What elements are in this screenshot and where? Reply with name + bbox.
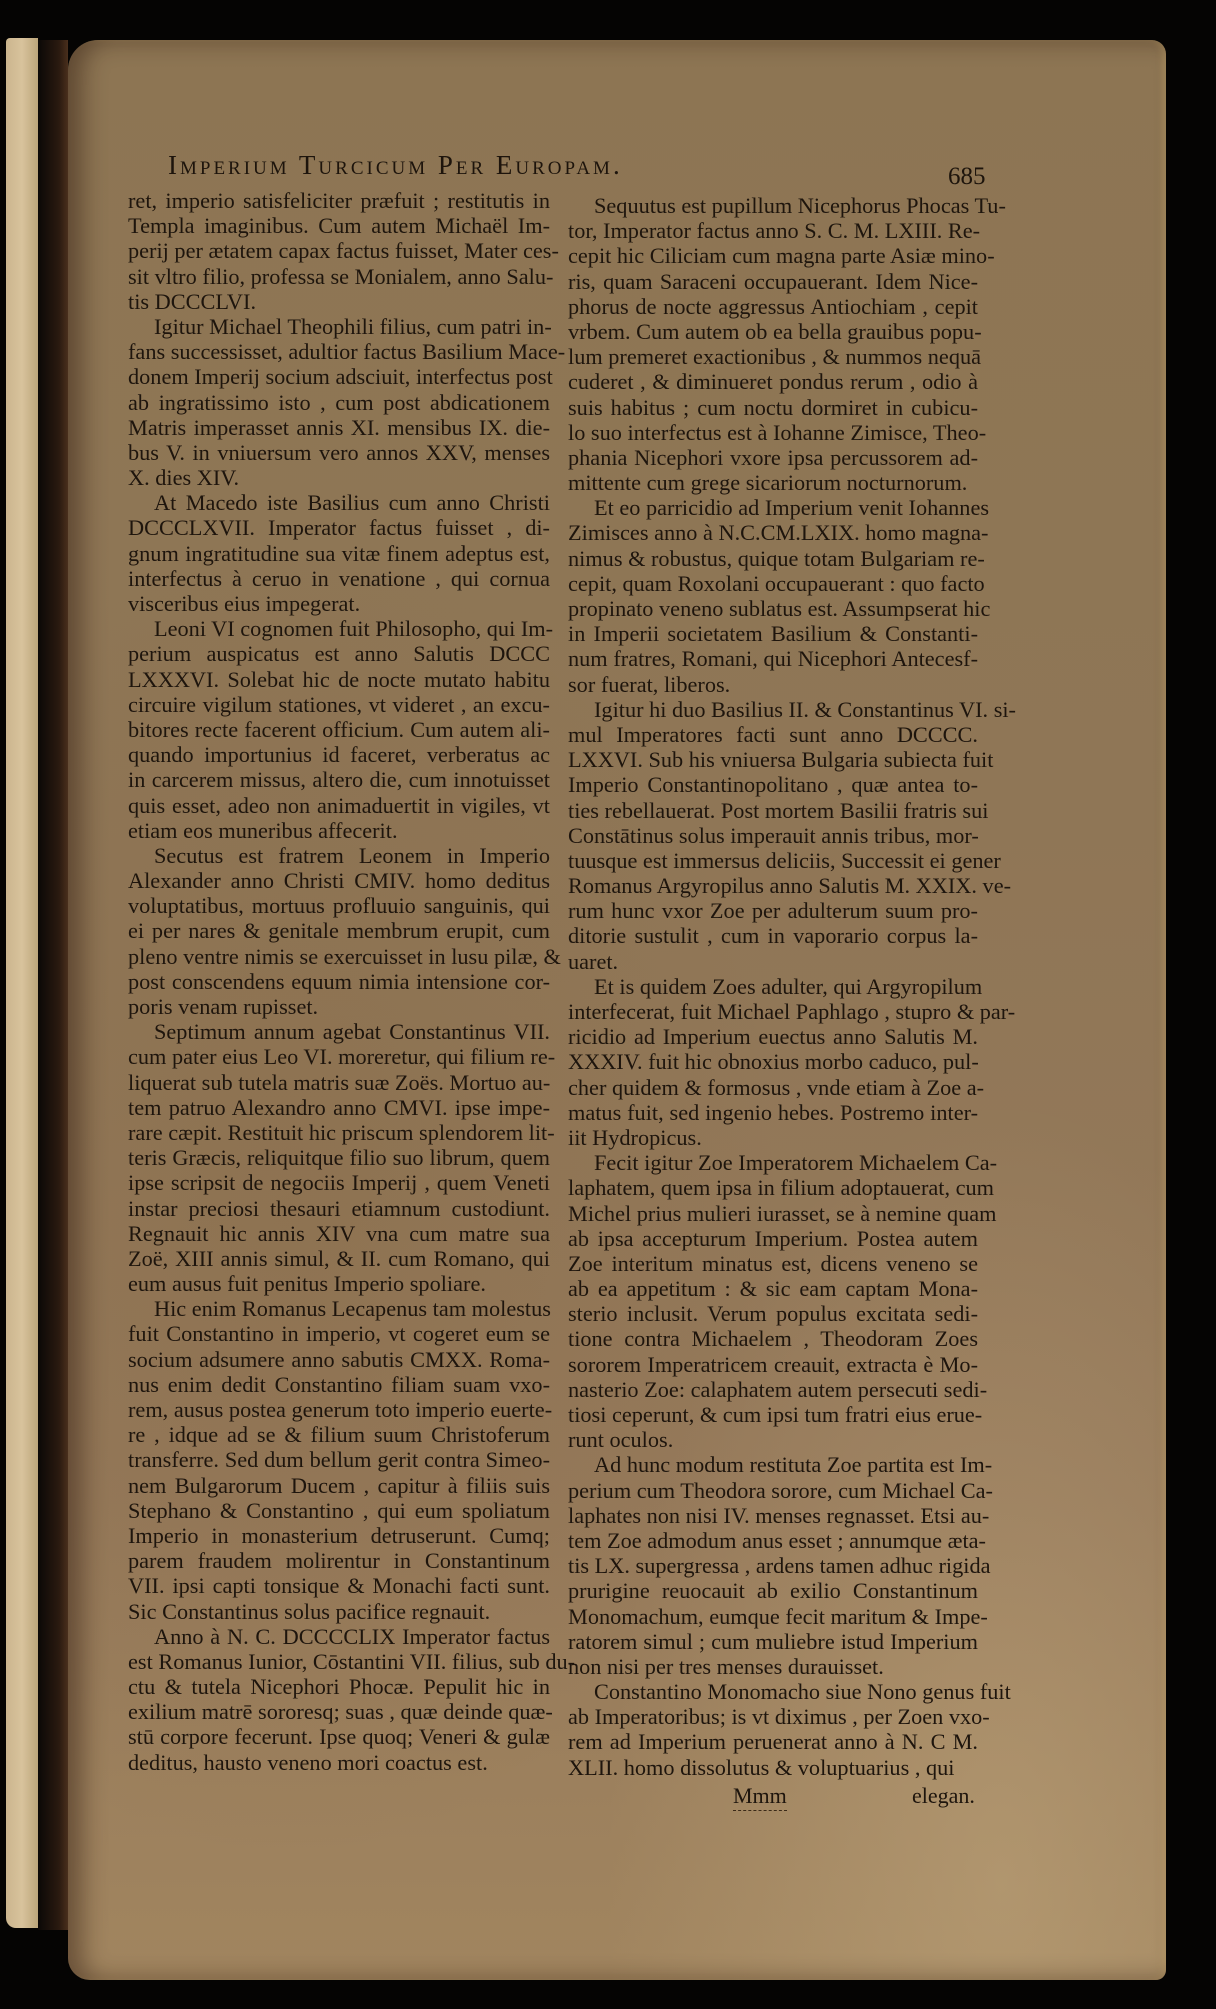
text-line: instar preciosi thesauri etiamnum custod… <box>128 1196 550 1221</box>
text-line: nus enim dedit Constantino filiam suam v… <box>128 1372 550 1397</box>
text-line: Templa imaginibus. Cum autem Michaël Im- <box>128 213 550 238</box>
text-line: donem Imperij socium adsciuit, interfect… <box>128 364 550 389</box>
text-line: Et eo parricidio ad Imperium venit Iohan… <box>568 495 978 520</box>
text-line: bitores recte facerent officium. Cum aut… <box>128 717 550 742</box>
text-line: bus V. in vniuersum vero annos XXV, mens… <box>128 440 550 465</box>
text-line: mittente cum grege sicariorum nocturnoru… <box>568 470 978 495</box>
right-column: Sequutus est pupillum Nicephorus Phocas … <box>568 193 978 1780</box>
left-column: ret, imperio satisfeliciter præfuit ; re… <box>128 188 550 1775</box>
text-line: ab ingratissimo isto , cum post abdicati… <box>128 390 550 415</box>
paragraph: Igitur hi duo Basilius II. & Constantinu… <box>568 697 978 974</box>
paragraph: Hic enim Romanus Lecapenus tam molestusf… <box>128 1296 550 1623</box>
text-line: tis DCCCLVI. <box>128 289 550 314</box>
text-line: quando importunius id faceret, verberatu… <box>128 742 550 767</box>
paragraph: Igitur Michael Theophili filius, cum pat… <box>128 314 550 490</box>
paragraph: Leoni VI cognomen fuit Philosopho, qui I… <box>128 616 550 843</box>
text-line: Regnauit hic annis XIV vna cum matre sua <box>128 1221 550 1246</box>
text-line: LXXXVI. Solebat hic de nocte mutato habi… <box>128 667 550 692</box>
text-line: cum pater eius Leo VI. moreretur, qui fi… <box>128 1044 550 1069</box>
text-line: stū corpore fecerunt. Ipse quoq; Veneri … <box>128 1724 550 1749</box>
text-line: ratorem simul ; cum muliebre istud Imper… <box>568 1629 978 1654</box>
text-line: rem, ausus postea generum toto imperio e… <box>128 1397 550 1422</box>
text-line: poris venam rupisset. <box>128 994 550 1019</box>
paragraph: ret, imperio satisfeliciter præfuit ; re… <box>128 188 550 314</box>
text-line: sor fuerat, liberos. <box>568 672 978 697</box>
page-content: Imperium Turcicum Per Europam. 685 ret, … <box>0 0 1216 2009</box>
text-line: Zimisces anno à N.C.CM.LXIX. homo magna- <box>568 520 978 545</box>
text-line: perium auspicatus est anno Salutis DCCC <box>128 641 550 666</box>
text-line: interfecerat, fuit Michael Paphlago , st… <box>568 999 978 1024</box>
text-line: rare cæpit. Restituit hic priscum splend… <box>128 1120 550 1145</box>
text-line: ab ipsa accepturum Imperium. Postea aute… <box>568 1226 978 1251</box>
text-line: ipse scripsit de negociis Imperij , quem… <box>128 1170 550 1195</box>
text-line: deditus, hausto veneno mori coactus est. <box>128 1750 550 1775</box>
paragraph: Fecit igitur Zoe Imperatorem Michaelem C… <box>568 1150 978 1452</box>
paragraph: Secutus est fratrem Leonem in ImperioAle… <box>128 843 550 1019</box>
text-line: etiam eos muneribus affecerit. <box>128 818 550 843</box>
text-line: Fecit igitur Zoe Imperatorem Michaelem C… <box>568 1150 978 1175</box>
text-line: parem fraudem molirentur in Constantinum <box>128 1548 550 1573</box>
text-line: sit vltro filio, professa se Monialem, a… <box>128 264 550 289</box>
text-line: Michel prius mulieri iurasset, se à nemi… <box>568 1201 978 1226</box>
text-line: in carcerem missus, altero die, cum inno… <box>128 767 550 792</box>
text-line: lo suo interfectus est à Iohanne Zimisce… <box>568 420 978 445</box>
text-line: phorus de nocte aggressus Antiochiam , c… <box>568 294 978 319</box>
running-head: Imperium Turcicum Per Europam. <box>168 150 868 181</box>
text-line: Constantino Monomacho siue Nono genus fu… <box>568 1679 978 1704</box>
text-line: Zoë, XIII annis simul, & II. cum Romano,… <box>128 1246 550 1271</box>
text-line: interfectus à ceruo in venatione , qui c… <box>128 566 550 591</box>
text-line: Stephano & Constantino , qui eum spoliat… <box>128 1498 550 1523</box>
text-line: Sic Constantinus solus pacifice regnauit… <box>128 1599 550 1624</box>
text-line: Matris imperasset annis XI. mensibus IX.… <box>128 415 550 440</box>
text-line: teris Græcis, reliquitque filio suo libr… <box>128 1145 550 1170</box>
text-line: cepit, quam Roxolani occupauerant : quo … <box>568 571 978 596</box>
paragraph: Anno à N. C. DCCCCLIX Imperator factuses… <box>128 1624 550 1775</box>
text-line: tem patruo Alexandro anno CMVI. ipse imp… <box>128 1095 550 1120</box>
text-line: cher quidem & formosus , vnde etiam à Zo… <box>568 1075 978 1100</box>
paragraph: Ad hunc modum restituta Zoe partita est … <box>568 1452 978 1679</box>
text-line: transferre. Sed dum bellum gerit contra … <box>128 1447 550 1472</box>
text-line: nem Bulgarorum Ducem , capitur à filiis … <box>128 1473 550 1498</box>
text-line: sterio inclusit. Verum populus excitata … <box>568 1301 978 1326</box>
text-line: exilium matrē sororesq; suas , quæ deind… <box>128 1699 550 1724</box>
text-line: tione contra Michaelem , Theodoram Zoes <box>568 1326 978 1351</box>
text-line: Et is quidem Zoes adulter, qui Argyropil… <box>568 974 978 999</box>
paragraph: Et is quidem Zoes adulter, qui Argyropil… <box>568 974 978 1150</box>
text-line: non nisi per tres menses durauisset. <box>568 1654 978 1679</box>
paragraph: At Macedo iste Basilius cum anno Christi… <box>128 490 550 616</box>
text-line: ris, quam Saraceni occupauerant. Idem Ni… <box>568 269 978 294</box>
paragraph: Sequutus est pupillum Nicephorus Phocas … <box>568 193 978 495</box>
text-line: Imperio in monasterium detruserunt. Cumq… <box>128 1523 550 1548</box>
text-line: Alexander anno Christi CMIV. homo deditu… <box>128 868 550 893</box>
text-line: Septimum annum agebat Constantinus VII. <box>128 1019 550 1044</box>
text-line: ditorie sustulit , cum in vaporario corp… <box>568 923 978 948</box>
text-line: Ad hunc modum restituta Zoe partita est … <box>568 1452 978 1477</box>
text-line: X. dies XIV. <box>128 465 550 490</box>
text-line: ei per nares & genitale membrum erupit, … <box>128 918 550 943</box>
text-line: rum hunc vxor Zoe per adulterum suum pro… <box>568 898 978 923</box>
text-line: est Romanus Iunior, Cōstantini VII. fili… <box>128 1649 550 1674</box>
text-line: Constātinus solus imperauit annis tribus… <box>568 823 978 848</box>
text-line: gnum ingratitudine sua vitæ finem adeptu… <box>128 541 550 566</box>
text-line: nimus & robustus, quique totam Bulgariam… <box>568 546 978 571</box>
paragraph: Septimum annum agebat Constantinus VII.c… <box>128 1019 550 1296</box>
text-line: iit Hydropicus. <box>568 1125 978 1150</box>
text-line: ab Imperatoribus; is vt diximus , per Zo… <box>568 1704 978 1729</box>
text-line: in Imperii societatem Basilium & Constan… <box>568 621 978 646</box>
text-line: circuire vigilum stationes, vt videret ,… <box>128 692 550 717</box>
text-line: Zoe interitum minatus est, dicens veneno… <box>568 1251 978 1276</box>
text-line: cuderet , & diminueret pondus rerum , od… <box>568 369 978 394</box>
text-line: mul Imperatores facti sunt anno DCCCC. <box>568 722 978 747</box>
text-line: matus fuit, sed ingenio hebes. Postremo … <box>568 1100 978 1125</box>
text-line: Secutus est fratrem Leonem in Imperio <box>128 843 550 868</box>
text-line: Hic enim Romanus Lecapenus tam molestus <box>128 1296 550 1321</box>
catchword: elegan. <box>912 1783 975 1809</box>
text-line: eum ausus fuit penitus Imperio spoliare. <box>128 1271 550 1296</box>
text-line: uaret. <box>568 949 978 974</box>
text-line: Romanus Argyropilus anno Salutis M. XXIX… <box>568 873 978 898</box>
text-line: pleno ventre nimis se exercuisset in lus… <box>128 944 550 969</box>
text-line: post conscendens equum nimia intensione … <box>128 969 550 994</box>
text-line: tor, Imperator factus anno S. C. M. LXII… <box>568 218 978 243</box>
text-line: XXXIV. fuit hic obnoxius morbo caduco, p… <box>568 1049 978 1074</box>
text-line: Imperio Constantinopolitano , quæ antea … <box>568 772 978 797</box>
text-line: XLII. homo dissolutus & voluptuarius , q… <box>568 1755 978 1780</box>
page-number: 685 <box>948 163 986 191</box>
text-line: suis habitus ; cum noctu dormiret in cub… <box>568 395 978 420</box>
text-line: perium cum Theodora sorore, cum Michael … <box>568 1478 978 1503</box>
text-line: ctu & tutela Nicephori Phocæ. Pepulit hi… <box>128 1674 550 1699</box>
text-line: re , idque ad se & filium suum Christofe… <box>128 1422 550 1447</box>
text-line: At Macedo iste Basilius cum anno Christi <box>128 490 550 515</box>
text-line: ricidio ad Imperium euectus anno Salutis… <box>568 1024 978 1049</box>
text-line: propinato veneno sublatus est. Assumpser… <box>568 596 978 621</box>
text-line: ret, imperio satisfeliciter præfuit ; re… <box>128 188 550 213</box>
text-line: tuusque est immersus deliciis, Successit… <box>568 848 978 873</box>
text-line: phania Nicephori vxore ipsa percussorem … <box>568 445 978 470</box>
text-line: Monomachum, eumque fecit maritum & Impe- <box>568 1604 978 1629</box>
text-line: LXXVI. Sub his vniuersa Bulgaria subiect… <box>568 747 978 772</box>
text-line: rem ad Imperium peruenerat anno à N. C M… <box>568 1729 978 1754</box>
paragraph: Et eo parricidio ad Imperium venit Iohan… <box>568 495 978 697</box>
text-line: cepit hic Ciliciam cum magna parte Asiæ … <box>568 243 978 268</box>
text-line: VII. ipsi capti tonsique & Monachi facti… <box>128 1573 550 1598</box>
text-line: socium adsumere anno sabutis CMXX. Roma- <box>128 1347 550 1372</box>
text-line: ties rebellauerat. Post mortem Basilii f… <box>568 798 978 823</box>
text-line: voluptatibus, mortuus profluuio sanguini… <box>128 893 550 918</box>
text-line: ab ea appetitum : & sic eam captam Mona- <box>568 1276 978 1301</box>
text-line: tis LX. supergressa , ardens tamen adhuc… <box>568 1553 978 1578</box>
text-line: Anno à N. C. DCCCCLIX Imperator factus <box>128 1624 550 1649</box>
text-line: lum premeret exactionibus , & nummos neq… <box>568 344 978 369</box>
text-line: liquerat sub tutela matris suæ Zoës. Mor… <box>128 1070 550 1095</box>
text-line: Leoni VI cognomen fuit Philosopho, qui I… <box>128 616 550 641</box>
text-line: fuit Constantino in imperio, vt cogeret … <box>128 1321 550 1346</box>
text-line: runt oculos. <box>568 1427 978 1452</box>
text-line: laphatem, quem ipsa in filium adoptauera… <box>568 1175 978 1200</box>
text-line: tiosi ceperunt, & cum ipsi tum fratri ei… <box>568 1402 978 1427</box>
signature-mark: Mmm <box>733 1783 787 1811</box>
text-line: num fratres, Romani, qui Nicephori Antec… <box>568 646 978 671</box>
text-line: DCCCLXVII. Imperator factus fuisset , di… <box>128 515 550 540</box>
text-line: laphates non nisi IV. menses regnasset. … <box>568 1503 978 1528</box>
text-line: Sequutus est pupillum Nicephorus Phocas … <box>568 193 978 218</box>
text-line: fans successisset, adultior factus Basil… <box>128 339 550 364</box>
text-line: nasterio Zoe: calaphatem autem persecuti… <box>568 1377 978 1402</box>
paragraph: Constantino Monomacho siue Nono genus fu… <box>568 1679 978 1780</box>
text-line: visceribus eius impegerat. <box>128 591 550 616</box>
text-line: sororem Imperatricem creauit, extracta è… <box>568 1352 978 1377</box>
text-line: Igitur hi duo Basilius II. & Constantinu… <box>568 697 978 722</box>
text-line: prurigine reuocauit ab exilio Constantin… <box>568 1578 978 1603</box>
text-line: tem Zoe admodum anus esset ; annumque æt… <box>568 1528 978 1553</box>
text-line: perij per ætatem capax factus fuisset, M… <box>128 238 550 263</box>
text-line: quis esset, adeo non animaduertit in vig… <box>128 793 550 818</box>
text-line: vrbem. Cum autem ob ea bella grauibus po… <box>568 319 978 344</box>
text-line: Igitur Michael Theophili filius, cum pat… <box>128 314 550 339</box>
